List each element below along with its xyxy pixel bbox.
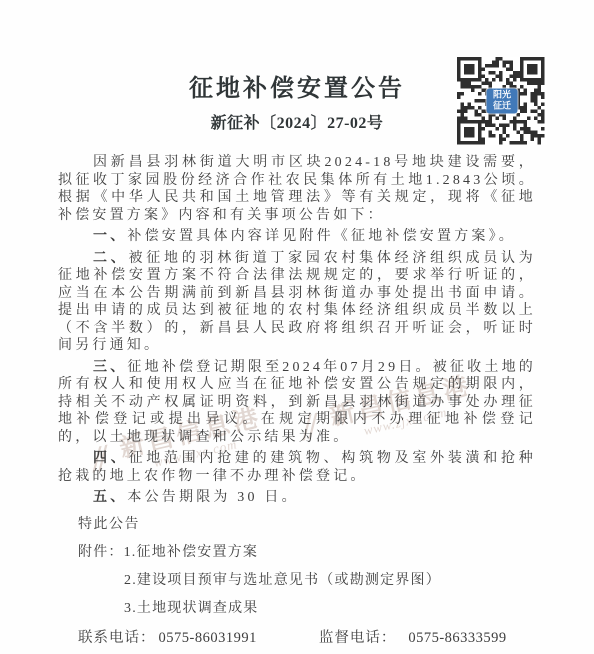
- intro-paragraph: 因新昌县羽林街道大明市区块2024-18号地块建设需要，拟征收丁家园股份经济合作…: [58, 154, 536, 224]
- contact-block: 联系电话：0575-86031991: [78, 629, 257, 647]
- paragraph-3: 三、征地补偿登记期限至2024年07月29日。被征收土地的所有权人和使用权人应当…: [58, 359, 536, 447]
- contact-phone: 0575-86031991: [159, 630, 257, 646]
- attachment-item: 2.建设项目预审与选址意见书（或勘测定界图）: [124, 572, 441, 590]
- paragraph-2: 二、被征地的羽林街道丁家园农村集体经济组织成员认为征地补偿安置方案不符合法律法规…: [58, 250, 536, 355]
- supervise-phone: 0575-86333599: [408, 630, 506, 646]
- item-number: 二、: [93, 251, 128, 266]
- item-text: 补偿安置具体内容详见附件《征地补偿安置方案》。: [127, 229, 516, 244]
- paragraph-1: 一、补偿安置具体内容详见附件《征地补偿安置方案》。: [58, 228, 536, 246]
- contact-label: 联系电话：: [78, 630, 156, 646]
- attachment-item: 3.土地现状调查成果: [124, 600, 259, 618]
- contact-footer: 联系电话：0575-86031991 监督电话：0575-86333599: [58, 629, 536, 647]
- paragraph-4: 四、征地范围内抢建的建筑物、构筑物及室外装潢和抢种抢栽的地上农作物一律不办理补偿…: [58, 450, 536, 485]
- qr-badge-line1: 阳光: [487, 90, 518, 101]
- announcement-body: 因新昌县羽林街道大明市区块2024-18号地块建设需要，拟征收丁家园股份经济合作…: [58, 154, 536, 507]
- item-number: 三、: [93, 360, 127, 375]
- attachment-item: 1.征地补偿安置方案: [124, 544, 259, 562]
- attachment-row: 3.土地现状调查成果: [78, 600, 536, 618]
- paragraph-5: 五、本公告期限为 30 日。: [58, 489, 536, 507]
- supervise-label: 监督电话：: [319, 630, 397, 646]
- qr-badge-line2: 征迁: [487, 101, 518, 112]
- item-text: 本公告期限为 30 日。: [127, 490, 298, 505]
- item-text: 征地补偿登记期限至2024年07月29日。被征收土地的所有权人和使用权人应当在征…: [58, 360, 536, 445]
- attachment-row: 附件： 1.征地补偿安置方案: [78, 544, 536, 562]
- attachments: 附件： 1.征地补偿安置方案 2.建设项目预审与选址意见书（或勘测定界图） 3.…: [58, 544, 536, 618]
- item-number: 四、: [93, 451, 128, 466]
- attachment-row: 2.建设项目预审与选址意见书（或勘测定界图）: [78, 572, 536, 590]
- item-text: 被征地的羽林街道丁家园农村集体经济组织成员认为征地补偿安置方案不符合法律法规规定…: [58, 251, 536, 354]
- item-text: 征地范围内抢建的建筑物、构筑物及室外装潢和抢种抢栽的地上农作物一律不办理补偿登记…: [58, 451, 536, 484]
- closing-statement: 特此公告: [58, 516, 536, 534]
- qr-center-badge: 阳光 征迁: [487, 89, 518, 114]
- item-number: 一、: [93, 229, 127, 244]
- attachments-label: 附件：: [78, 544, 124, 562]
- supervise-block: 监督电话：0575-86333599: [319, 629, 507, 647]
- item-number: 五、: [93, 490, 127, 505]
- qr-code: 阳光 征迁: [457, 57, 547, 145]
